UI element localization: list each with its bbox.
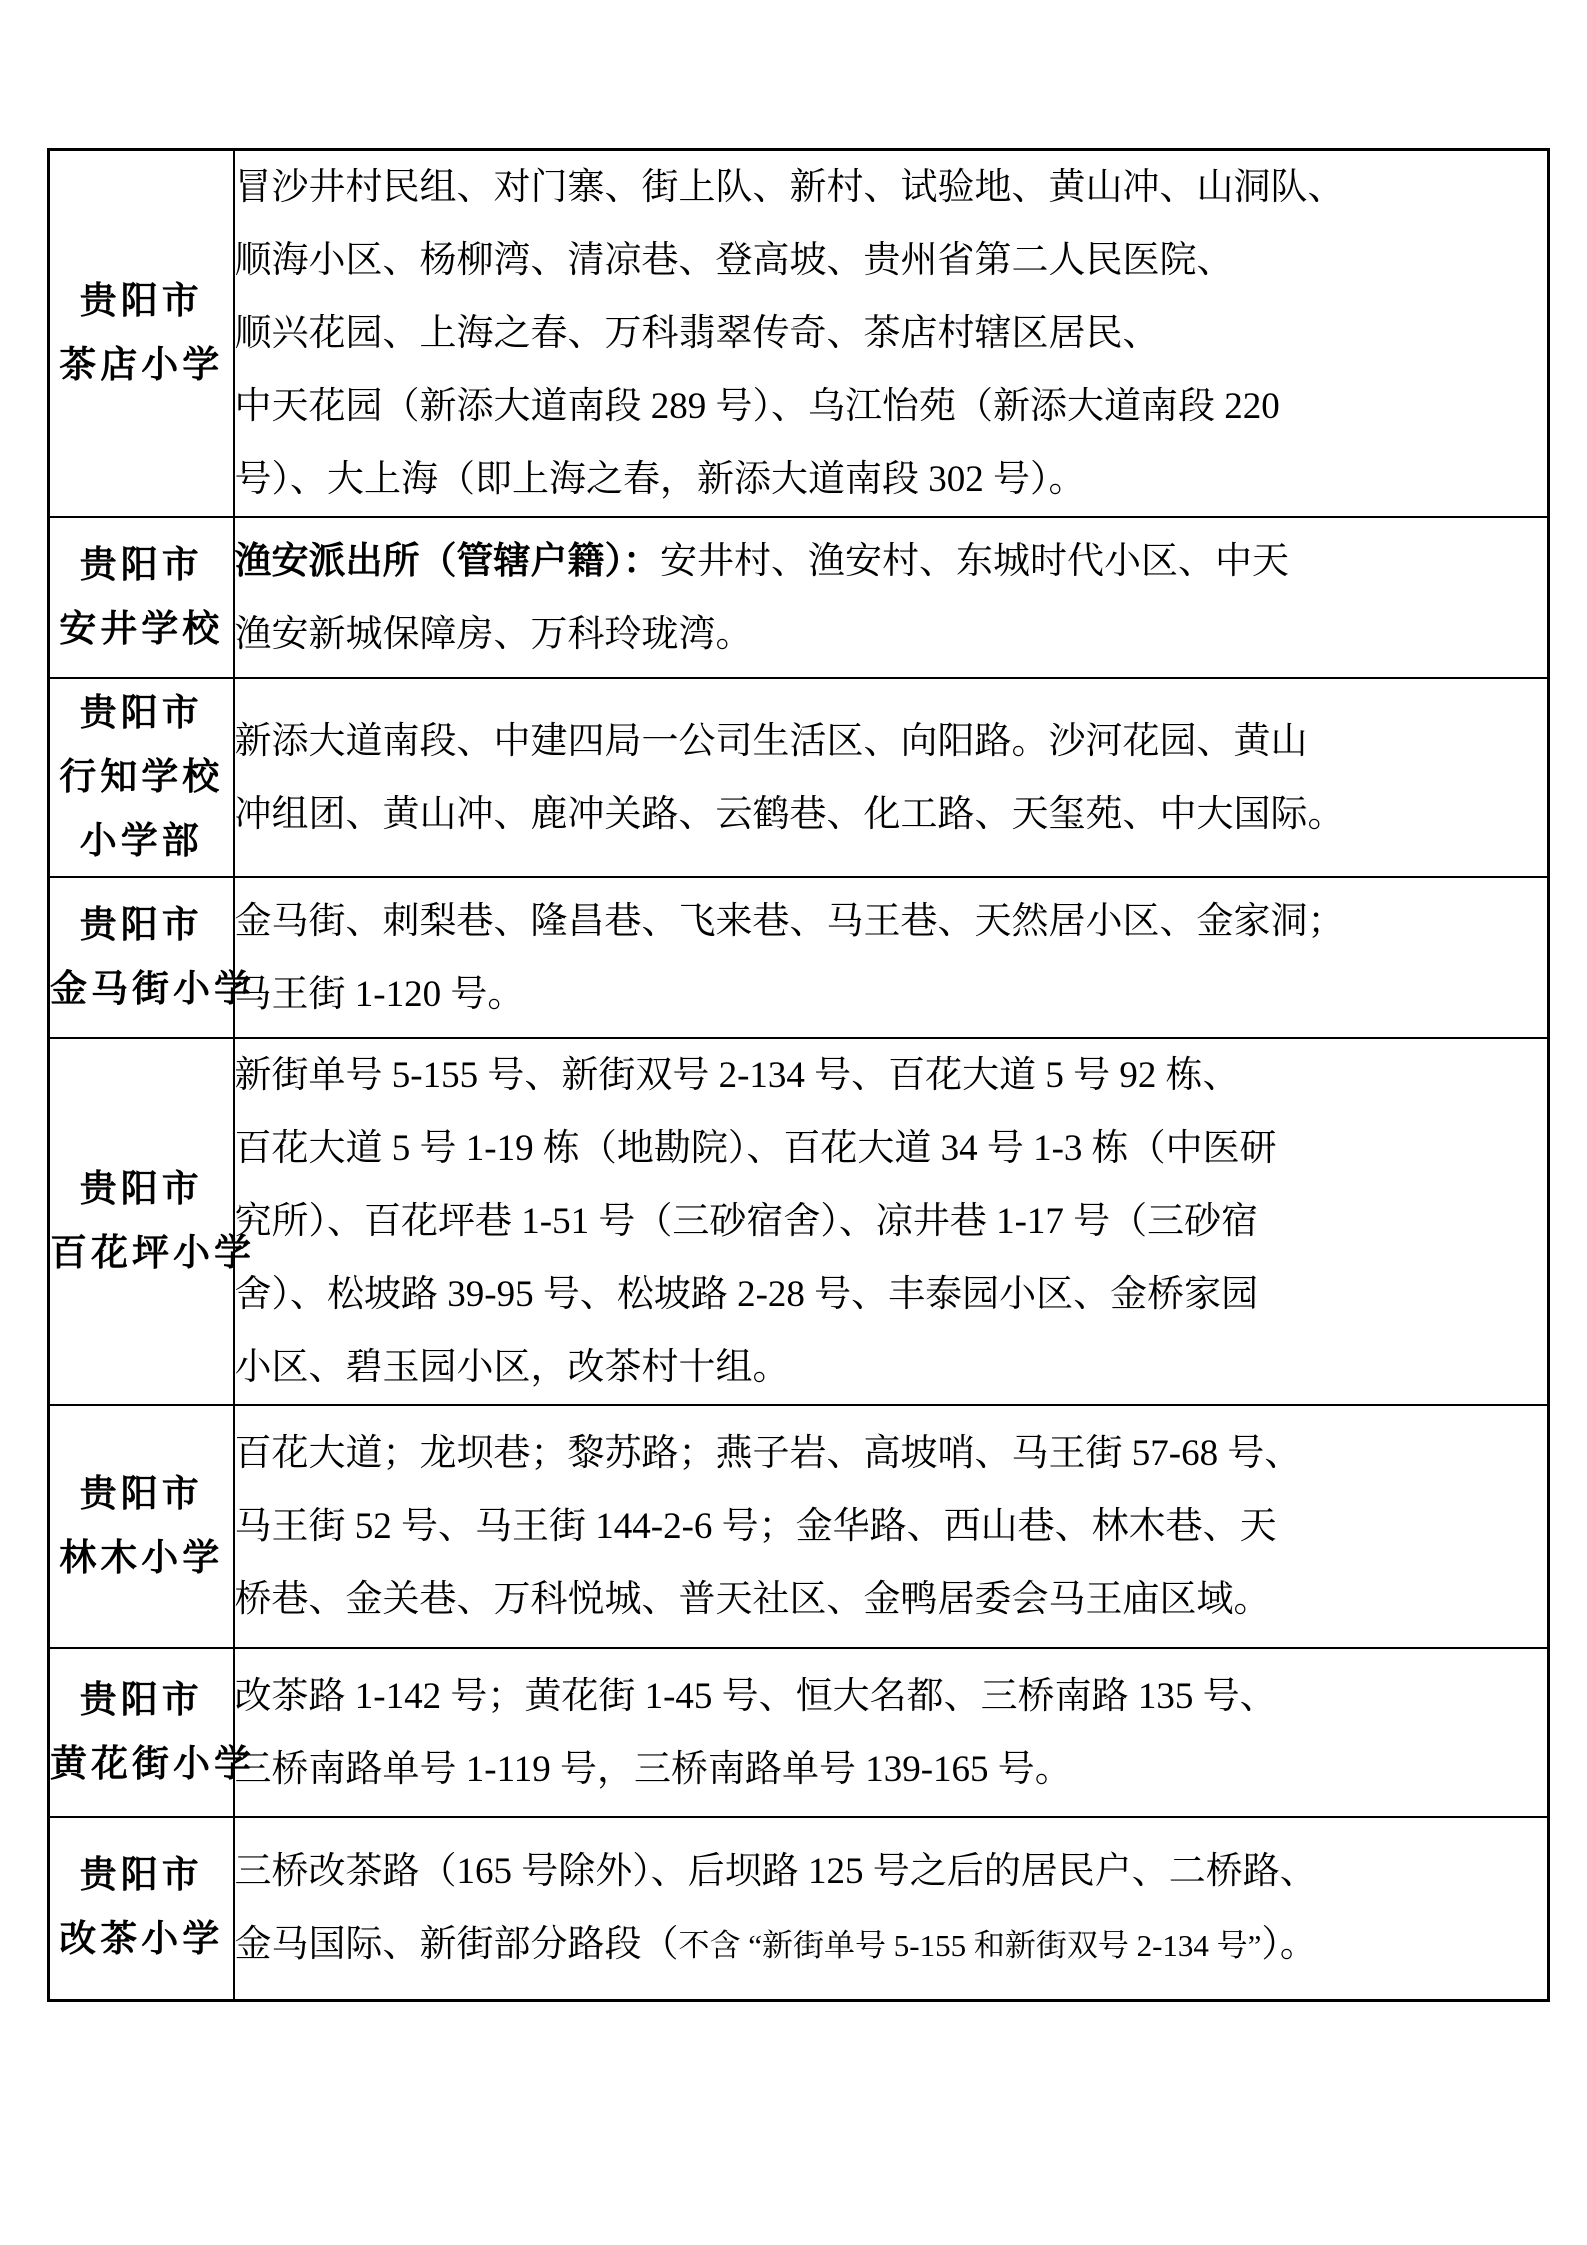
district-description-line: 百花大道；龙坝巷；黎苏路；燕子岩、高坡哨、马王街 57-68 号、 bbox=[235, 1417, 1548, 1490]
district-description-line: 冒沙井村民组、对门寨、街上队、新村、试验地、黄山冲、山洞队、 bbox=[235, 151, 1548, 224]
district-description-line: 顺兴花园、上海之春、万科翡翠传奇、茶店村辖区居民、 bbox=[235, 297, 1548, 370]
district-text-segment: 百花大道 5 号 1-19 栋（地勘院）、百花大道 34 号 1-3 栋（中医研 bbox=[235, 1128, 1277, 1169]
school-name-line: 贵阳市 bbox=[50, 270, 233, 334]
district-description-line: 三桥改茶路（165 号除外）、后坝路 125 号之后的居民户、二桥路、 bbox=[235, 1835, 1548, 1908]
district-text-segment: 顺海小区、杨柳湾、清凉巷、登高坡、贵州省第二人民医院、 bbox=[235, 240, 1234, 281]
district-text-segment: 马王街 1-120 号。 bbox=[235, 974, 525, 1015]
table-row: 贵阳市金马街小学金马街、刺梨巷、隆昌巷、飞来巷、马王巷、天然居小区、金家洞；马王… bbox=[49, 877, 1549, 1038]
police-station-label: 渔安派出所（管辖户籍）： bbox=[235, 541, 661, 582]
school-name-cell: 贵阳市百花坪小学 bbox=[49, 1038, 234, 1405]
school-name-line: 安井学校 bbox=[50, 598, 233, 662]
district-text-segment: 中天花园（新添大道南段 289 号）、乌江怡苑（新添大道南段 220 bbox=[235, 386, 1280, 427]
school-name-line: 行知学校 bbox=[50, 746, 233, 810]
district-description-line: 金马街、刺梨巷、隆昌巷、飞来巷、马王巷、天然居小区、金家洞； bbox=[235, 885, 1548, 958]
table-row: 贵阳市黄花街小学改茶路 1-142 号；黄花街 1-45 号、恒大名都、三桥南路… bbox=[49, 1648, 1549, 1817]
school-name-line: 贵阳市 bbox=[50, 894, 233, 958]
district-text-segment: 百花大道；龙坝巷；黎苏路；燕子岩、高坡哨、马王街 57-68 号、 bbox=[235, 1433, 1302, 1474]
table-row: 贵阳市安井学校渔安派出所（管辖户籍）：安井村、渔安村、东城时代小区、中天渔安新城… bbox=[49, 517, 1549, 678]
school-table-body: 贵阳市茶店小学冒沙井村民组、对门寨、街上队、新村、试验地、黄山冲、山洞队、顺海小… bbox=[49, 150, 1549, 2001]
district-description-line: 渔安派出所（管辖户籍）：安井村、渔安村、东城时代小区、中天 bbox=[235, 525, 1548, 598]
table-row: 贵阳市林木小学百花大道；龙坝巷；黎苏路；燕子岩、高坡哨、马王街 57-68 号、… bbox=[49, 1405, 1549, 1648]
district-description-line: 桥巷、金关巷、万科悦城、普天社区、金鸭居委会马王庙区域。 bbox=[235, 1563, 1548, 1636]
district-text-segment: 冒沙井村民组、对门寨、街上队、新村、试验地、黄山冲、山洞队、 bbox=[235, 167, 1345, 208]
district-text-segment: 小区、碧玉园小区，改茶村十组。 bbox=[235, 1347, 790, 1388]
school-name-line: 小学部 bbox=[50, 810, 233, 874]
school-name-line: 百花坪小学 bbox=[50, 1222, 233, 1286]
district-description-line: 小区、碧玉园小区，改茶村十组。 bbox=[235, 1331, 1548, 1404]
district-text-segment: 三桥改茶路（165 号除外）、后坝路 125 号之后的居民户、二桥路、 bbox=[235, 1851, 1317, 1892]
school-district-table-container: 贵阳市茶店小学冒沙井村民组、对门寨、街上队、新村、试验地、黄山冲、山洞队、顺海小… bbox=[47, 148, 1550, 2002]
school-district-table: 贵阳市茶店小学冒沙井村民组、对门寨、街上队、新村、试验地、黄山冲、山洞队、顺海小… bbox=[47, 148, 1550, 2002]
district-description-line: 马王街 52 号、马王街 144-2-6 号；金华路、西山巷、林木巷、天 bbox=[235, 1490, 1548, 1563]
district-text-segment: 金马国际、新街部分路段（ bbox=[235, 1924, 679, 1965]
district-description-line: 马王街 1-120 号。 bbox=[235, 958, 1548, 1031]
district-text-segment: 渔安新城保障房、万科玲珑湾。 bbox=[235, 614, 753, 655]
school-name-line: 贵阳市 bbox=[50, 1463, 233, 1527]
school-name-line: 改茶小学 bbox=[50, 1908, 233, 1972]
district-description-line: 顺海小区、杨柳湾、清凉巷、登高坡、贵州省第二人民医院、 bbox=[235, 224, 1548, 297]
school-name-line: 金马街小学 bbox=[50, 958, 233, 1022]
district-description-cell: 三桥改茶路（165 号除外）、后坝路 125 号之后的居民户、二桥路、金马国际、… bbox=[234, 1817, 1549, 2000]
district-description-line: 三桥南路单号 1-119 号，三桥南路单号 139-165 号。 bbox=[235, 1733, 1548, 1806]
school-name-line: 贵阳市 bbox=[50, 534, 233, 598]
table-row: 贵阳市行知学校小学部新添大道南段、中建四局一公司生活区、向阳路。沙河花园、黄山冲… bbox=[49, 678, 1549, 877]
district-text-segment: 舍）、松坡路 39-95 号、松坡路 2-28 号、丰泰园小区、金桥家园 bbox=[235, 1274, 1259, 1315]
district-text-segment: 马王街 52 号、马王街 144-2-6 号；金华路、西山巷、林木巷、天 bbox=[235, 1506, 1277, 1547]
district-text-segment: ）。 bbox=[1261, 1924, 1317, 1965]
district-description-cell: 冒沙井村民组、对门寨、街上队、新村、试验地、黄山冲、山洞队、顺海小区、杨柳湾、清… bbox=[234, 150, 1549, 518]
district-text-segment: 号）、大上海（即上海之春，新添大道南段 302 号）。 bbox=[235, 459, 1086, 500]
school-name-cell: 贵阳市茶店小学 bbox=[49, 150, 234, 518]
district-description-cell: 渔安派出所（管辖户籍）：安井村、渔安村、东城时代小区、中天渔安新城保障房、万科玲… bbox=[234, 517, 1549, 678]
district-description-cell: 新添大道南段、中建四局一公司生活区、向阳路。沙河花园、黄山冲组团、黄山冲、鹿冲关… bbox=[234, 678, 1549, 877]
district-text-segment: 新街单号 5-155 号、新街双号 2-134 号、百花大道 5 号 92 栋、 bbox=[235, 1055, 1240, 1096]
district-text-segment: 冲组团、黄山冲、鹿冲关路、云鹤巷、化工路、天玺苑、中大国际。 bbox=[235, 794, 1345, 835]
district-description-line: 新街单号 5-155 号、新街双号 2-134 号、百花大道 5 号 92 栋、 bbox=[235, 1039, 1548, 1112]
school-name-cell: 贵阳市黄花街小学 bbox=[49, 1648, 234, 1817]
school-name-cell: 贵阳市林木小学 bbox=[49, 1405, 234, 1648]
district-description-line: 百花大道 5 号 1-19 栋（地勘院）、百花大道 34 号 1-3 栋（中医研 bbox=[235, 1112, 1548, 1185]
district-description-line: 金马国际、新街部分路段（不含 “新街单号 5-155 和新街双号 2-134 号… bbox=[235, 1908, 1548, 1982]
district-text-segment: 安井村、渔安村、东城时代小区、中天 bbox=[660, 541, 1289, 582]
school-name-cell: 贵阳市改茶小学 bbox=[49, 1817, 234, 2000]
district-description-cell: 金马街、刺梨巷、隆昌巷、飞来巷、马王巷、天然居小区、金家洞；马王街 1-120 … bbox=[234, 877, 1549, 1038]
district-description-line: 冲组团、黄山冲、鹿冲关路、云鹤巷、化工路、天玺苑、中大国际。 bbox=[235, 778, 1548, 851]
school-name-cell: 贵阳市行知学校小学部 bbox=[49, 678, 234, 877]
district-text-segment: 新添大道南段、中建四局一公司生活区、向阳路。沙河花园、黄山 bbox=[235, 721, 1308, 762]
school-name-cell: 贵阳市金马街小学 bbox=[49, 877, 234, 1038]
school-name-line: 贵阳市 bbox=[50, 1158, 233, 1222]
district-description-line: 号）、大上海（即上海之春，新添大道南段 302 号）。 bbox=[235, 443, 1548, 516]
district-text-segment: 金马街、刺梨巷、隆昌巷、飞来巷、马王巷、天然居小区、金家洞； bbox=[235, 901, 1345, 942]
school-name-cell: 贵阳市安井学校 bbox=[49, 517, 234, 678]
school-name-line: 贵阳市 bbox=[50, 682, 233, 746]
district-description-line: 中天花园（新添大道南段 289 号）、乌江怡苑（新添大道南段 220 bbox=[235, 370, 1548, 443]
district-text-segment: 顺兴花园、上海之春、万科翡翠传奇、茶店村辖区居民、 bbox=[235, 313, 1160, 354]
district-description-line: 究所）、百花坪巷 1-51 号（三砂宿舍）、凉井巷 1-17 号（三砂宿 bbox=[235, 1185, 1548, 1258]
district-description-line: 新添大道南段、中建四局一公司生活区、向阳路。沙河花园、黄山 bbox=[235, 705, 1548, 778]
district-text-segment: 桥巷、金关巷、万科悦城、普天社区、金鸭居委会马王庙区域。 bbox=[235, 1579, 1271, 1620]
school-name-line: 黄花街小学 bbox=[50, 1733, 233, 1797]
district-text-segment: 不含 “新街单号 5-155 和新街双号 2-134 号” bbox=[679, 1928, 1262, 1963]
school-name-line: 林木小学 bbox=[50, 1527, 233, 1591]
table-row: 贵阳市改茶小学三桥改茶路（165 号除外）、后坝路 125 号之后的居民户、二桥… bbox=[49, 1817, 1549, 2000]
district-description-line: 改茶路 1-142 号；黄花街 1-45 号、恒大名都、三桥南路 135 号、 bbox=[235, 1660, 1548, 1733]
school-name-line: 茶店小学 bbox=[50, 334, 233, 398]
school-name-line: 贵阳市 bbox=[50, 1669, 233, 1733]
district-description-line: 舍）、松坡路 39-95 号、松坡路 2-28 号、丰泰园小区、金桥家园 bbox=[235, 1258, 1548, 1331]
school-name-line: 贵阳市 bbox=[50, 1844, 233, 1908]
table-row: 贵阳市百花坪小学新街单号 5-155 号、新街双号 2-134 号、百花大道 5… bbox=[49, 1038, 1549, 1405]
district-description-cell: 改茶路 1-142 号；黄花街 1-45 号、恒大名都、三桥南路 135 号、三… bbox=[234, 1648, 1549, 1817]
district-text-segment: 究所）、百花坪巷 1-51 号（三砂宿舍）、凉井巷 1-17 号（三砂宿 bbox=[235, 1201, 1259, 1242]
district-text-segment: 三桥南路单号 1-119 号，三桥南路单号 139-165 号。 bbox=[235, 1749, 1072, 1790]
district-text-segment: 改茶路 1-142 号；黄花街 1-45 号、恒大名都、三桥南路 135 号、 bbox=[235, 1676, 1277, 1717]
table-row: 贵阳市茶店小学冒沙井村民组、对门寨、街上队、新村、试验地、黄山冲、山洞队、顺海小… bbox=[49, 150, 1549, 518]
district-description-cell: 百花大道；龙坝巷；黎苏路；燕子岩、高坡哨、马王街 57-68 号、马王街 52 … bbox=[234, 1405, 1549, 1648]
district-description-line: 渔安新城保障房、万科玲珑湾。 bbox=[235, 598, 1548, 671]
district-description-cell: 新街单号 5-155 号、新街双号 2-134 号、百花大道 5 号 92 栋、… bbox=[234, 1038, 1549, 1405]
